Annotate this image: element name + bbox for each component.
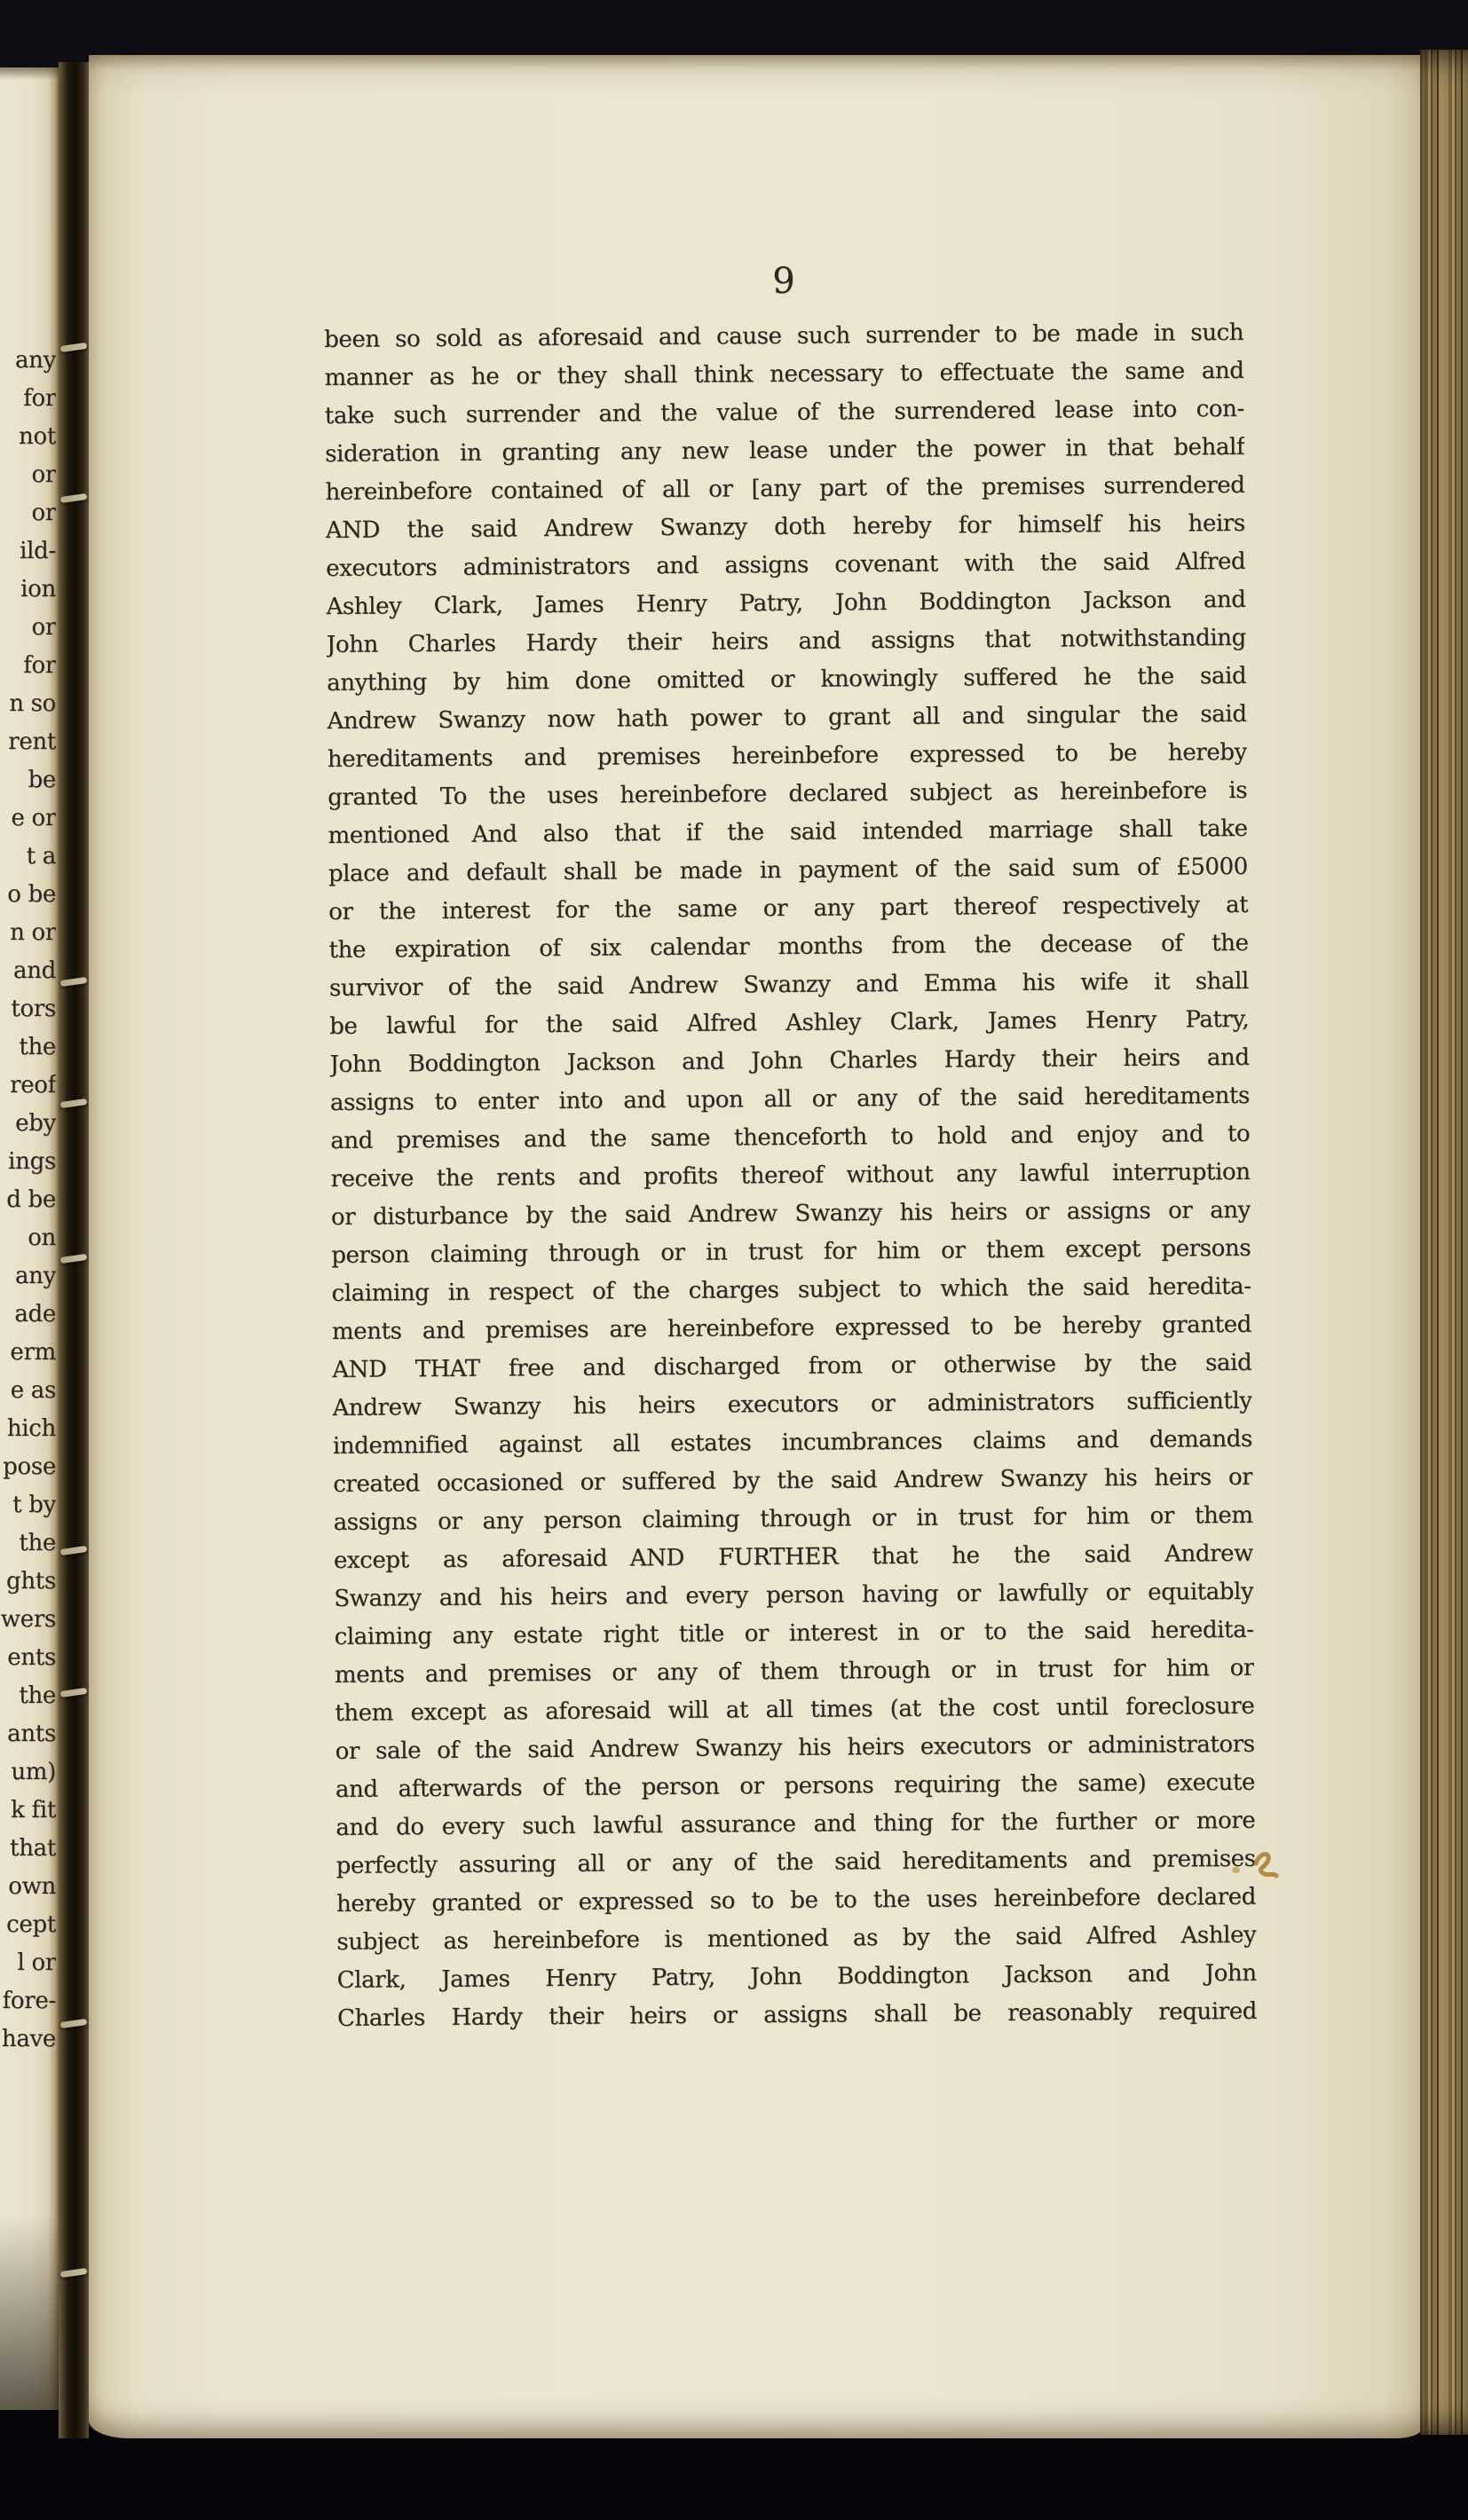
margin-text-fragment: the (0, 1677, 56, 1715)
binding-stitch (60, 1099, 88, 1108)
binding-stitch (60, 1546, 88, 1555)
facing-page-edge-strip: anyfornotororild-ionorforn sorentbee ort… (0, 67, 59, 2410)
margin-text-fragment: ants (0, 1715, 56, 1753)
binding-stitch (60, 1688, 88, 1697)
margin-text-fragment: on (0, 1219, 56, 1257)
margin-text-fragment: tors (0, 990, 56, 1028)
margin-text-fragment: ents (0, 1639, 56, 1677)
margin-text-fragment: fore- (0, 1982, 56, 2020)
margin-text-fragment: k fit (0, 1792, 56, 1830)
body-text: been so sold as aforesaid and cause such… (324, 314, 1257, 2038)
ink-stain (1247, 1849, 1288, 1892)
margin-text-fragment: any (0, 1257, 56, 1295)
binding-stitch (60, 2268, 88, 2278)
ink-stain-dot (1232, 1867, 1240, 1873)
margin-text-fragment: n so (0, 685, 56, 723)
text-line: Charles Hardy their heirs or assigns sha… (337, 1993, 1257, 2038)
book-page: 9 been so sold as aforesaid and cause su… (89, 55, 1424, 2438)
binding-stitch (60, 493, 88, 503)
margin-text-fragment: not (0, 418, 56, 456)
binding-stitch (60, 1254, 88, 1264)
margin-text-fragment: or (0, 456, 56, 494)
margin-text-fragment: ild- (0, 532, 56, 571)
margin-text-fragment: wers (0, 1601, 56, 1639)
margin-text-fragment: pose (0, 1448, 56, 1486)
binding-stitch (60, 977, 88, 987)
margin-text-fragment: um) (0, 1753, 56, 1792)
margin-text-fragment: any (0, 342, 56, 380)
margin-text-fragment: hich (0, 1410, 56, 1448)
margin-text-fragment: rent (0, 723, 56, 761)
fore-edge-pages (1420, 50, 1468, 2435)
margin-text-fragment: t a (0, 838, 56, 876)
margin-text-fragment: ghts (0, 1563, 56, 1601)
book-photo: anyfornotororild-ionorforn sorentbee ort… (0, 0, 1468, 2520)
margin-text-fragment: or (0, 609, 56, 647)
margin-text-fragment: eby (0, 1105, 56, 1143)
margin-text-fragment: erm (0, 1334, 56, 1372)
margin-text-fragment: for (0, 647, 56, 685)
margin-text-fragment: that (0, 1830, 56, 1868)
margin-text-fragment: have (0, 2020, 56, 2059)
margin-text-fragment: t by (0, 1486, 56, 1524)
margin-text-fragment: own (0, 1868, 56, 1906)
ink-stain-squiggle (1247, 1849, 1288, 1892)
margin-text-fragment: e or (0, 799, 56, 838)
margin-text-fragment: n or (0, 914, 56, 952)
margin-text-fragment: and (0, 952, 56, 990)
page-number: 9 (324, 261, 1243, 302)
margin-text-fragment: the (0, 1524, 56, 1563)
margin-text-fragment: reof (0, 1067, 56, 1105)
binding-stitch (60, 343, 88, 352)
margin-text-fragment: be (0, 761, 56, 799)
binding-gutter (59, 62, 89, 2438)
margin-text-fragment: ade (0, 1295, 56, 1334)
binding-stitch (60, 2019, 88, 2028)
margin-text-fragment: for (0, 380, 56, 418)
margin-text-fragment: l or (0, 1944, 56, 1982)
margin-text-fragment: d be (0, 1181, 56, 1219)
margin-text-fragment: ings (0, 1143, 56, 1181)
margin-text-fragment: o be (0, 876, 56, 914)
margin-text-fragment: or (0, 494, 56, 532)
margin-text-fragment: e as (0, 1372, 56, 1410)
margin-fragments: anyfornotororild-ionorforn sorentbee ort… (0, 342, 56, 2059)
margin-text-fragment: the (0, 1028, 56, 1067)
margin-text-fragment: cept (0, 1906, 56, 1944)
margin-text-fragment: ion (0, 571, 56, 609)
